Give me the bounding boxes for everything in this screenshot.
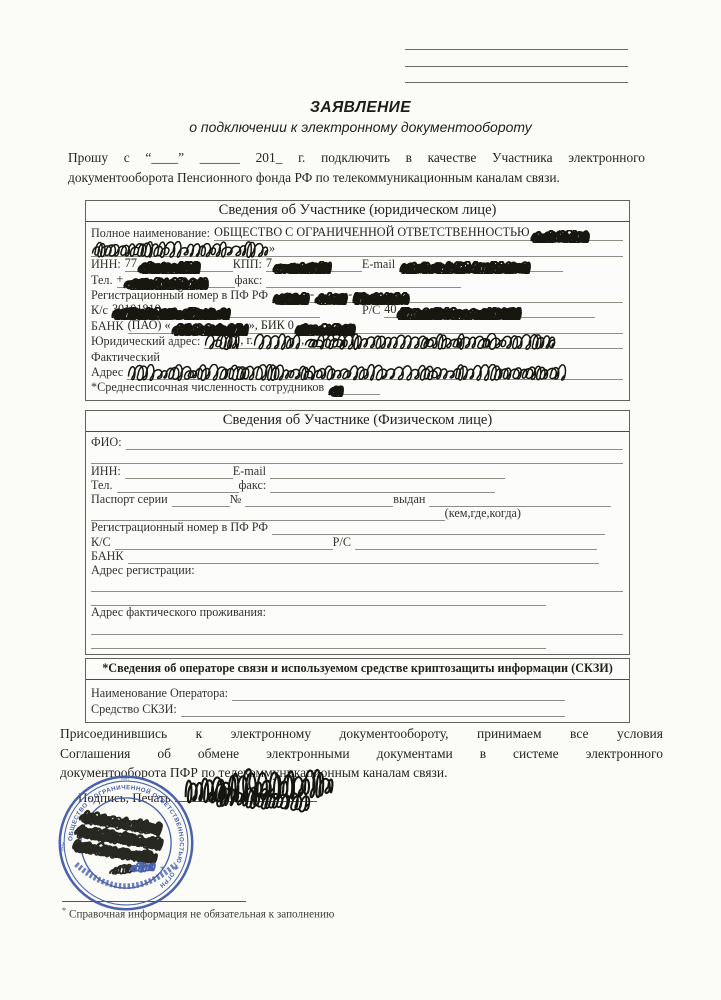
paragraph-line: Прошу с “____” ______ 201_ г. подключить… (68, 148, 645, 168)
form-row: ИНН:E-mail (91, 464, 623, 478)
field-label: ИНН: (91, 464, 125, 479)
header-blank-line (405, 66, 628, 67)
form-row: ИНН:77КПП:7E-mail (91, 257, 623, 272)
form-row: БАНК (91, 550, 623, 564)
field-label: Полное наименование: (91, 226, 214, 241)
document-subtitle: о подключении к электронному документооб… (0, 119, 721, 135)
field-value: (ПАО) « (128, 318, 171, 333)
paragraph-line: Присоединившись к электронному документо… (60, 724, 663, 744)
field-label: Адрес фактического проживания: (91, 605, 270, 620)
header-blank-lines (405, 49, 628, 99)
field-label: Регистрационный номер в ПФ РФ (91, 288, 272, 303)
field-label: Паспорт серии (91, 492, 172, 507)
field-value: » (269, 241, 275, 256)
paragraph-line: документооборота Пенсионного фонда РФ по… (68, 168, 645, 188)
form-row: Юридический адрес:, г., (91, 334, 623, 349)
field-line: 77 (125, 257, 233, 272)
field-label: Средство СКЗИ: (91, 702, 181, 717)
section-title: Сведения об Участнике (юридическом лице) (86, 201, 629, 222)
field-label: КПП: (233, 257, 266, 272)
field-label: E-mail (362, 257, 399, 272)
form-row: БАНК (ПАО) «», БИК 0 (91, 318, 623, 333)
form-row: Тел.+факс: (91, 272, 623, 287)
field-line (172, 493, 230, 507)
section-body: ФИО:ИНН:E-mailТел.факс:Паспорт серии№выд… (86, 432, 629, 654)
field-line: 30101810 (112, 303, 320, 318)
field-line (355, 535, 597, 549)
section-operator-skzi: *Сведения об операторе связи и используе… (85, 658, 630, 723)
field-label: Тел. (91, 478, 117, 493)
form-row: К/с30101810Р/С40 (91, 303, 623, 318)
header-blank-line (405, 49, 628, 50)
field-label: Р/С (362, 303, 384, 318)
field-label: № (230, 492, 246, 507)
field-label: (кем,где,когда) (445, 506, 525, 521)
form-row: (кем,где,когда) (91, 507, 623, 521)
field-label: БАНК (91, 549, 128, 564)
redaction-scribble (328, 384, 344, 397)
field-line: -- (272, 288, 623, 303)
form-row (91, 620, 623, 634)
field-label: *Среднесписочная численность сотрудников (91, 380, 328, 395)
field-line: , г., (204, 334, 623, 349)
field-line (272, 521, 605, 535)
field-label: Р/С (333, 535, 355, 550)
document-title: ЗАЯВЛЕНИЕ (0, 99, 721, 117)
field-label: К/с (91, 303, 112, 318)
field-line: (ПАО) «», БИК 0 (128, 318, 623, 333)
field-label: Регистрационный номер в ПФ РФ (91, 520, 272, 535)
form-row: Адрес фактического проживания: (91, 606, 623, 620)
form-row (91, 578, 623, 592)
section-legal-entity: Сведения об Участнике (юридическом лице)… (85, 200, 630, 401)
field-line: ОБЩЕСТВО С ОГРАНИЧЕННОЙ ОТВЕТСТВЕННОСТЬЮ (214, 226, 623, 241)
signature-scribble (175, 758, 345, 816)
field-line (128, 550, 599, 564)
field-label: факс: (239, 478, 271, 493)
field-line (328, 380, 380, 395)
stamp-asterisk-mark: ✳ (87, 868, 92, 875)
section-title: *Сведения об операторе связи и используе… (86, 659, 629, 680)
field-line (245, 493, 393, 507)
field-line: 40 (384, 303, 595, 318)
field-line (91, 592, 546, 606)
form-row: Регистрационный номер в ПФ РФ-- (91, 288, 623, 303)
field-line: + (117, 272, 235, 287)
field-line (127, 365, 623, 380)
form-row (91, 592, 623, 606)
field-value: ОБЩЕСТВО С ОГРАНИЧЕННОЙ ОТВЕТСТВЕННОСТЬЮ (214, 225, 529, 240)
field-line (91, 507, 445, 521)
field-label: Адрес (91, 365, 127, 380)
field-label: БАНК (91, 319, 128, 334)
field-line (270, 464, 505, 478)
field-line (266, 272, 461, 287)
field-value: », БИК 0 (249, 318, 294, 333)
form-row: Полное наименование: ОБЩЕСТВО С ОГРАНИЧЕ… (91, 226, 623, 241)
section-title: Сведения об Участнике (Физическом лице) (86, 411, 629, 432)
intro-paragraph: Прошу с “____” ______ 201_ г. подключить… (68, 148, 645, 188)
form-row: ФИО: (91, 436, 623, 450)
field-line (91, 635, 546, 649)
redaction-scribble (204, 333, 240, 351)
form-row: Наименование Оператора: (91, 684, 623, 701)
field-label: Фактический (91, 350, 164, 365)
form-row (91, 635, 623, 649)
field-label: E-mail (233, 464, 270, 479)
stamp-asterisk-mark: ✳ (160, 865, 165, 872)
form-row: Регистрационный номер в ПФ РФ (91, 521, 623, 535)
field-value: , г. (240, 333, 253, 348)
field-label: выдан (393, 492, 429, 507)
field-label: ФИО: (91, 435, 126, 450)
field-label: Адрес регистрации: (91, 563, 199, 578)
form-row: Тел.факс: (91, 479, 623, 493)
field-line (91, 578, 623, 592)
field-label: ИНН: (91, 257, 125, 272)
form-row: Адрес регистрации: (91, 564, 623, 578)
field-line: 7 (266, 257, 362, 272)
form-row: Адрес (91, 365, 623, 380)
form-row: К/СР/С (91, 535, 623, 549)
header-blank-line (405, 82, 628, 83)
field-line (181, 701, 565, 718)
field-line (125, 464, 233, 478)
field-line (270, 479, 495, 493)
field-line (126, 436, 623, 450)
field-line (117, 479, 239, 493)
redaction-scribble (253, 333, 301, 351)
field-line (399, 257, 563, 272)
form-row (91, 450, 623, 464)
section-body: Полное наименование: ОБЩЕСТВО С ОГРАНИЧЕ… (86, 222, 629, 400)
field-label: К/С (91, 535, 115, 550)
field-line (232, 684, 565, 701)
field-label: Наименование Оператора: (91, 686, 232, 701)
section-body: Наименование Оператора:Средство СКЗИ: (86, 680, 629, 722)
field-label: факс: (235, 273, 267, 288)
field-line: » (91, 241, 623, 256)
form-row: Средство СКЗИ: (91, 701, 623, 718)
field-line (91, 450, 623, 464)
field-line (91, 620, 623, 634)
redaction-scribble (304, 333, 556, 351)
form-row: » (91, 241, 623, 256)
field-label: Юридический адрес: (91, 334, 204, 349)
section-individual: Сведения об Участнике (Физическом лице) … (85, 410, 630, 655)
field-value: 40 (384, 302, 396, 317)
stamp-inn-label-top: ИНН (121, 777, 129, 781)
form-row: Паспорт серии№выдан (91, 493, 623, 507)
form-row: *Среднесписочная численность сотрудников (91, 380, 623, 395)
field-value: 77 (125, 256, 137, 271)
field-line (115, 535, 333, 549)
field-label: Тел. (91, 273, 117, 288)
form-row: Фактический (91, 349, 623, 364)
paragraph-line: Соглашения об обмене электронными докуме… (60, 744, 663, 764)
field-value: + (117, 272, 124, 287)
field-line (429, 493, 611, 507)
